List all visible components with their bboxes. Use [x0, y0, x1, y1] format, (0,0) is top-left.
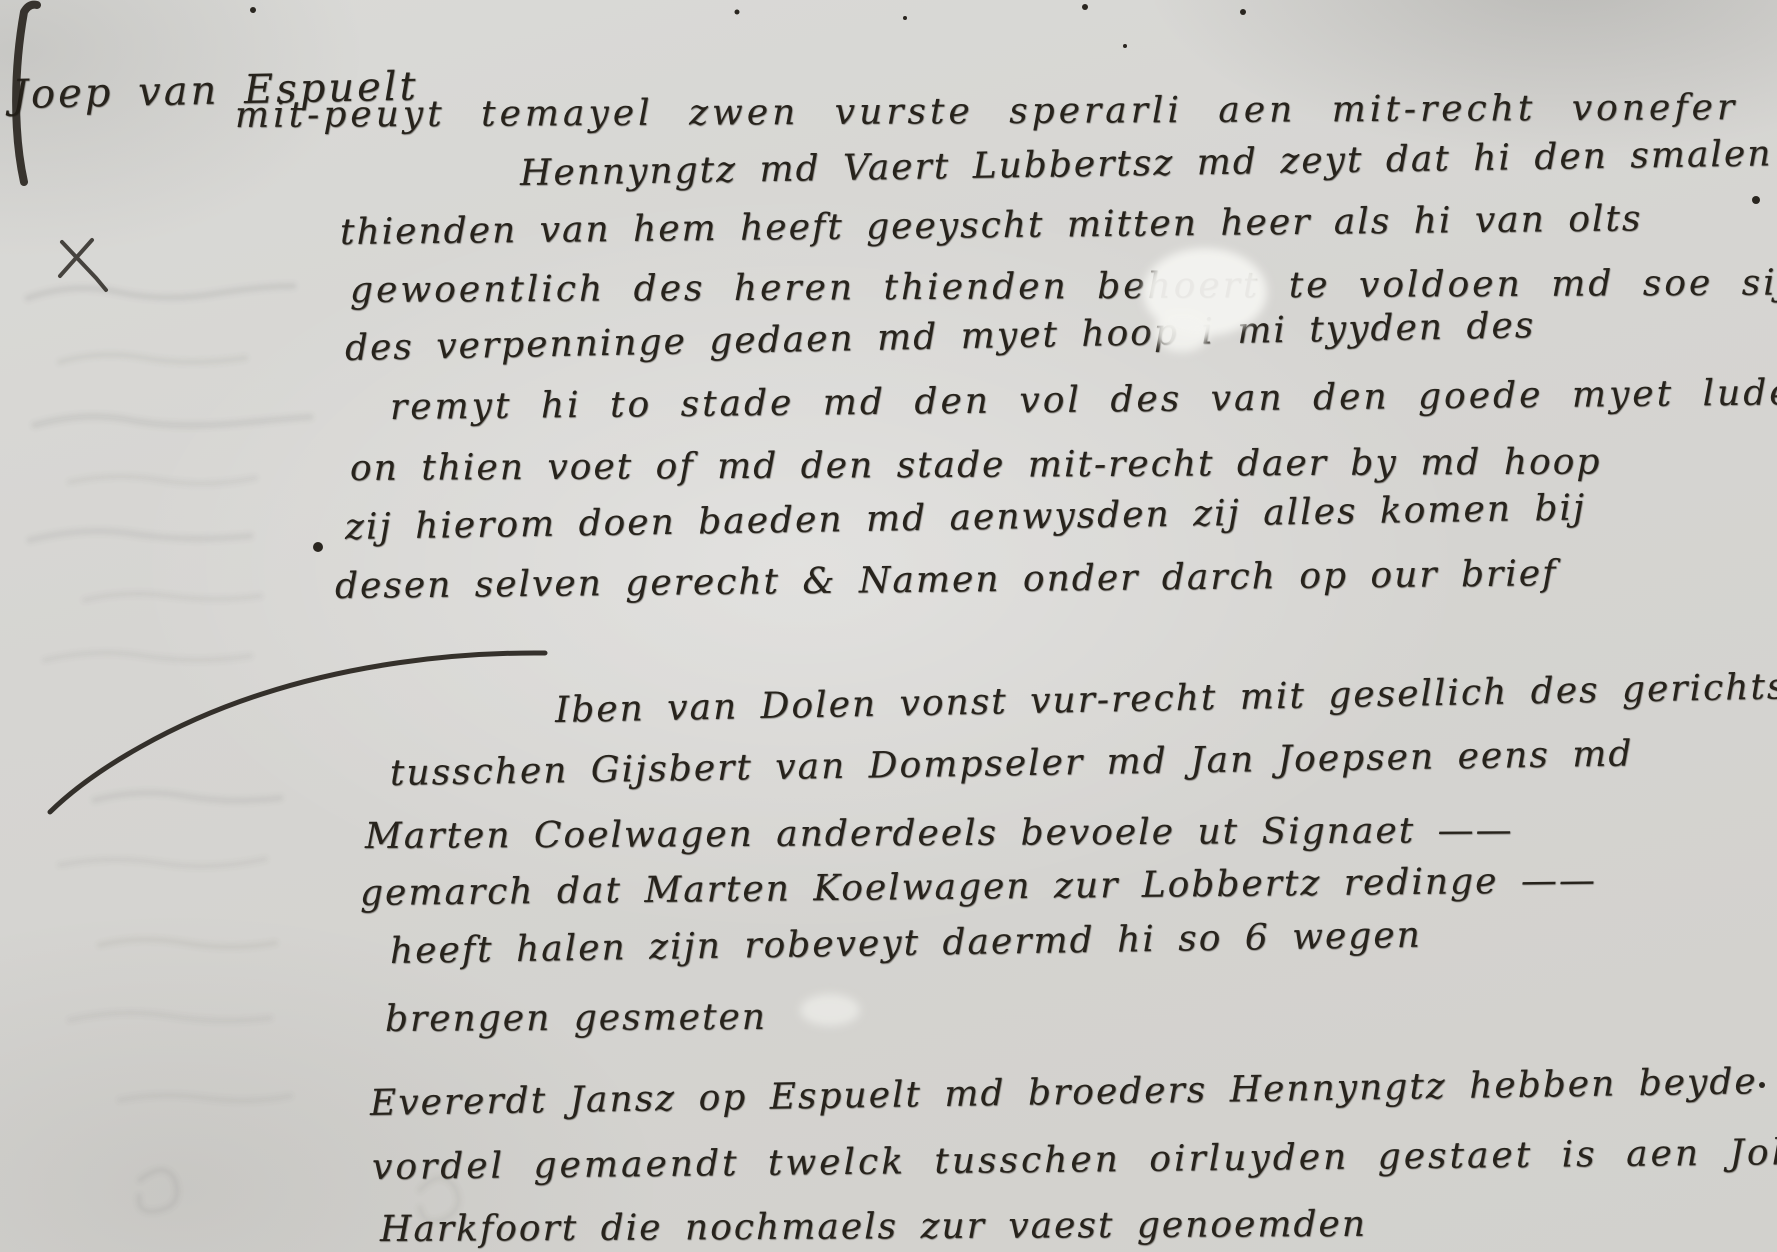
pen-stroke-top-left: [16, 5, 37, 182]
ink-marks-layer: [0, 0, 1777, 1252]
manuscript-page: Joep van Espuelt mit-peuyt temayel zwen …: [0, 0, 1777, 1252]
paper-damage-patch: [800, 248, 1267, 1026]
paragraph-flourish: [50, 653, 545, 812]
margin-x-mark: [60, 240, 106, 290]
ink-specks: [250, 4, 1765, 1088]
